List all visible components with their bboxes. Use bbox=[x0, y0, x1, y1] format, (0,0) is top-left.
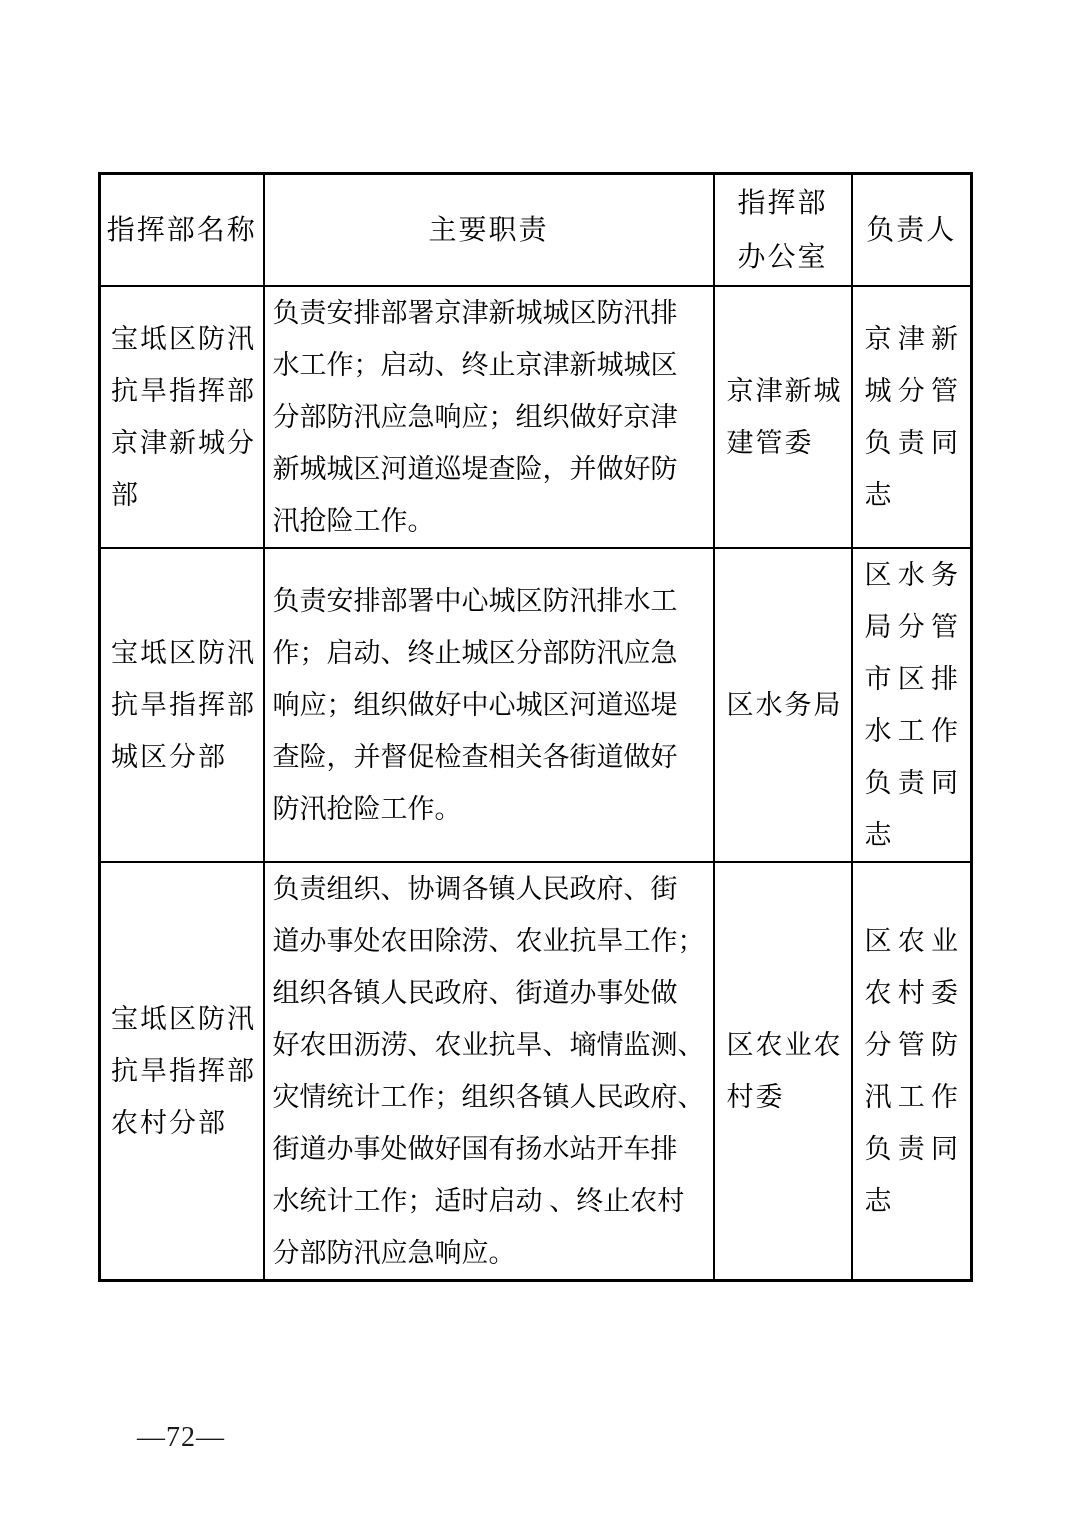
cell-command-office: 区农业农 村委 bbox=[714, 862, 852, 1281]
document-page: 指挥部名称 主要职责 指挥部 办公室 负责人 宝坻区防汛 抗旱指挥部 京津新城分… bbox=[0, 0, 1074, 1520]
cell-main-duties: 负责安排部署中心城区防汛排水工 作；启动、终止城区分部防汛应急 响应；组织做好中… bbox=[264, 548, 714, 862]
cell-main-duties: 负责安排部署京津新城城区防汛排 水工作；启动、终止京津新城城区 分部防汛应急响应… bbox=[264, 286, 714, 548]
cell-main-duties: 负责组织、协调各镇人民政府、街 道办事处农田除涝、农业抗旱工作； 组织各镇人民政… bbox=[264, 862, 714, 1281]
responsibility-table: 指挥部名称 主要职责 指挥部 办公室 负责人 宝坻区防汛 抗旱指挥部 京津新城分… bbox=[98, 172, 973, 1282]
col-header-leader: 负责人 bbox=[852, 174, 972, 287]
cell-leader: 区水务 局分管 市区排 水工作 负责同 志 bbox=[852, 548, 972, 862]
cell-command-office: 区水务局 bbox=[714, 548, 852, 862]
col-header-command-office: 指挥部 办公室 bbox=[714, 174, 852, 287]
col-header-main-duties: 主要职责 bbox=[264, 174, 714, 287]
table-row: 宝坻区防汛 抗旱指挥部 农村分部 负责组织、协调各镇人民政府、街 道办事处农田除… bbox=[100, 862, 972, 1281]
cell-command-office: 京津新城 建管委 bbox=[714, 286, 852, 548]
cell-command-name: 宝坻区防汛 抗旱指挥部 京津新城分 部 bbox=[100, 286, 264, 548]
cell-leader: 京津新 城分管 负责同 志 bbox=[852, 286, 972, 548]
cell-command-name: 宝坻区防汛 抗旱指挥部 城区分部 bbox=[100, 548, 264, 862]
cell-command-name: 宝坻区防汛 抗旱指挥部 农村分部 bbox=[100, 862, 264, 1281]
table-row: 宝坻区防汛 抗旱指挥部 京津新城分 部 负责安排部署京津新城城区防汛排 水工作；… bbox=[100, 286, 972, 548]
table-row: 宝坻区防汛 抗旱指挥部 城区分部 负责安排部署中心城区防汛排水工 作；启动、终止… bbox=[100, 548, 972, 862]
cell-leader: 区农业 农村委 分管防 汛工作 负责同 志 bbox=[852, 862, 972, 1281]
page-number: —72— bbox=[137, 1422, 225, 1454]
table-header-row: 指挥部名称 主要职责 指挥部 办公室 负责人 bbox=[100, 174, 972, 287]
col-header-command-name: 指挥部名称 bbox=[100, 174, 264, 287]
